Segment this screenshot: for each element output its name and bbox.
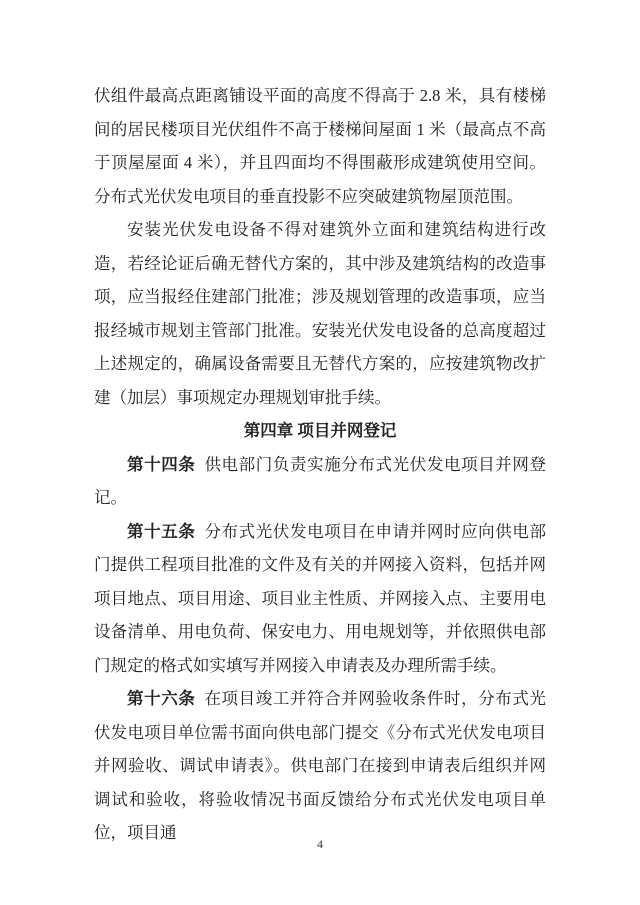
paragraph-continuation: 伏组件最高点距离铺设平面的高度不得高于 2.8 米，具有楼梯间的居民楼项目光伏组… — [94, 79, 546, 213]
article-number-label: 第十四条 — [127, 455, 195, 474]
page-number: 4 — [0, 836, 640, 852]
article-paragraph: 第十五条分布式光伏发电项目在申请并网时应向供电部门提供工程项目批准的文件及有关的… — [94, 515, 546, 683]
article-text: 在项目竣工并符合并网验收条件时，分布式光伏发电项目单位需书面向供电部门提交《分布… — [94, 689, 546, 842]
article-text: 分布式光伏发电项目在申请并网时应向供电部门提供工程项目批准的文件及有关的并网接入… — [94, 522, 546, 675]
article-paragraph: 第十四条供电部门负责实施分布式光伏发电项目并网登记。 — [94, 448, 546, 515]
paragraph: 安装光伏发电设备不得对建筑外立面和建筑结构进行改造，若经论证后确无替代方案的，其… — [94, 213, 546, 414]
document-page: 伏组件最高点距离铺设平面的高度不得高于 2.8 米，具有楼梯间的居民楼项目光伏组… — [94, 0, 546, 850]
article-number-label: 第十五条 — [127, 522, 195, 541]
chapter-heading: 第四章 项目并网登记 — [94, 414, 546, 448]
article-paragraph: 第十六条在项目竣工并符合并网验收条件时，分布式光伏发电项目单位需书面向供电部门提… — [94, 682, 546, 850]
article-number-label: 第十六条 — [127, 689, 195, 708]
